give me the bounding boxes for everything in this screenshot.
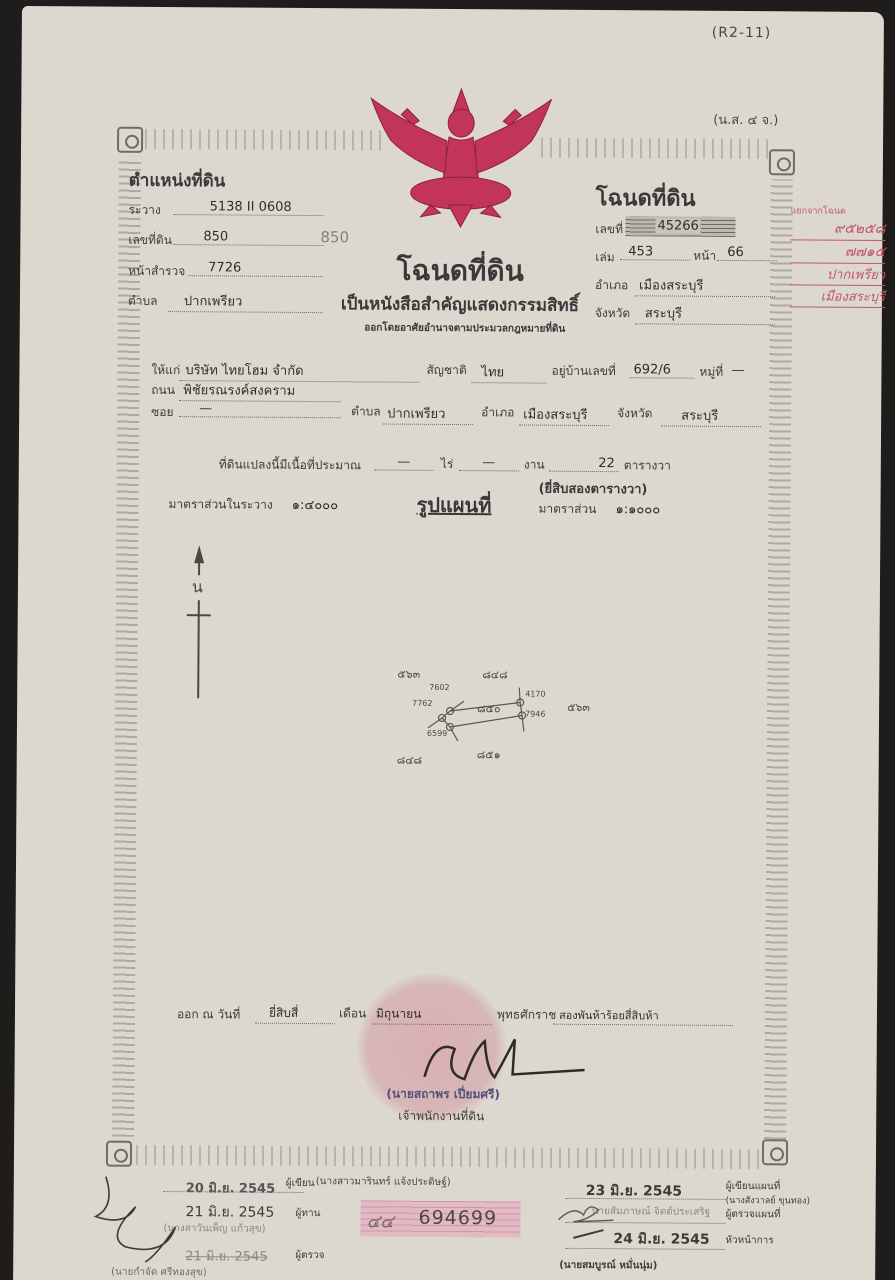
security-border-top-right	[541, 138, 769, 160]
map-checker-signature	[553, 1200, 633, 1251]
field-rawang: ระวาง 5138 II 0608	[129, 199, 324, 221]
corner-ornament-icon	[106, 1141, 132, 1167]
staff-signatures	[85, 1166, 196, 1267]
form-code: (น.ส. ๔ จ.)	[713, 109, 778, 130]
marker-6599: 6599	[427, 729, 447, 738]
writer-date: 20 มิ.ย. 2545	[186, 1177, 276, 1199]
serial-box: ๔๔ 694699	[360, 1200, 520, 1237]
field-province: จังหวัด สระบุรี	[595, 302, 770, 324]
field-amphoe: อำเภอ เมืองสระบุรี	[595, 274, 770, 296]
field-land-no: เลขที่ดิน 850	[128, 229, 323, 251]
field-book-page: เล่ม 453 หน้า 66	[595, 246, 770, 268]
corner-ornament-icon	[117, 127, 143, 153]
land-title-deed: (R2-11) (น.ส. ๔ จ.) ตำแหน่งที่ดิน ระวาง …	[13, 6, 884, 1280]
split-from-deed-stamp: แยกจากโฉนด ๙๕๒๕๘ ๗๗๑๕ ปากเพรียว เมืองสระ…	[790, 203, 886, 308]
marker-4170: 4170	[525, 690, 545, 699]
head-role: หัวหน้าการ	[725, 1233, 773, 1248]
area-in-words: (ยี่สิบสองตารางวา)	[539, 478, 648, 500]
land-no-annotation: 850	[320, 228, 349, 246]
deed-heading: โฉนดที่ดิน	[596, 180, 696, 216]
field-tambon: ตำบล ปากเพรียว	[128, 290, 323, 312]
issuance-row: ออก ณ วันที่ ยี่สิบสี่ เดือน มิถุนายน พุ…	[177, 1003, 737, 1028]
deed-number: 45266	[655, 218, 700, 233]
security-border-bottom	[136, 1145, 762, 1169]
marker-7946: 7946	[525, 710, 545, 719]
officer-signature	[394, 1029, 594, 1090]
north-arrow-icon	[183, 543, 214, 703]
writer-role: ผู้เขียน	[286, 1176, 315, 1191]
area-row: ที่ดินแปลงนี้มีเนื้อที่ประมาณ — ไร่ — งา…	[219, 453, 719, 477]
field-deed-number: เลขที่ 45266	[595, 218, 623, 239]
document-subtitle: เป็นหนังสือสำคัญแสดงกรรมสิทธิ์	[310, 290, 610, 319]
map-scale: มาตราส่วน ๑:๑๐๐๐	[538, 498, 660, 520]
officer-title: เจ้าพนักงานที่ดิน	[398, 1107, 484, 1127]
officer-name: (นายสถาพร เปี่ยมศรี)	[386, 1085, 500, 1105]
north-label: น	[192, 575, 203, 600]
document-title: โฉนดที่ดิน	[350, 248, 570, 294]
sheet-scale: มาตราส่วนในระวาง ๑:๔๐๐๐	[168, 493, 338, 515]
neighbor-parcel-southwest: ๘๔๘	[397, 751, 422, 769]
map-checker-role: ผู้ตรวจแผนที่	[726, 1207, 781, 1222]
neighbor-parcel-north: ๘๔๘	[482, 665, 507, 683]
marker-7762: 7762	[412, 699, 432, 708]
head-name: (นายสมบูรณ์ หมั่นนุ่ม)	[559, 1258, 657, 1274]
inspector-date: 21 มิ.ย. 2545	[185, 1245, 267, 1267]
land-location-heading: ตำแหน่งที่ดิน	[129, 167, 226, 195]
corner-ornament-icon	[769, 149, 795, 175]
neighbor-parcel-west: ๕๖๓	[397, 665, 420, 683]
handwritten-ref: (R2-11)	[712, 25, 772, 41]
road-row: ถนน พิชัยรณรงค์สงคราม	[151, 379, 771, 404]
parcel-number: ๘๕๐	[477, 699, 501, 717]
security-border-top-left	[145, 129, 385, 151]
corner-ornament-icon	[762, 1139, 788, 1165]
address-row: ซอย — ตำบล ปากเพรียว อำเภอ เมืองสระบุรี …	[151, 401, 771, 426]
garuda-emblem-icon	[360, 80, 561, 231]
neighbor-parcel-south: ๘๕๑	[477, 745, 501, 763]
issued-by-text: ออกโดยอาศัยอำนาจตามประมวลกฎหมายที่ดิน	[310, 320, 620, 337]
marker-7602: 7602	[429, 683, 449, 692]
writer-name: (นางสาวมารินทร์ แจ้งประดิษฐ์)	[316, 1174, 451, 1190]
inspector-role: ผู้ตรวจ	[295, 1248, 324, 1263]
reviewer-role: ผู้ทาน	[296, 1206, 321, 1221]
serial-prefix: ๔๔	[366, 1206, 393, 1235]
field-survey-page: หน้าสำรวจ 7726	[128, 260, 323, 282]
map-writer-name: (นางสังวาลย์ ขุนทอง)	[726, 1193, 810, 1208]
serial-number: 694699	[418, 1207, 497, 1230]
map-heading: รูปแผนที่	[416, 489, 491, 522]
neighbor-parcel-east: ๕๖๓	[567, 698, 590, 716]
